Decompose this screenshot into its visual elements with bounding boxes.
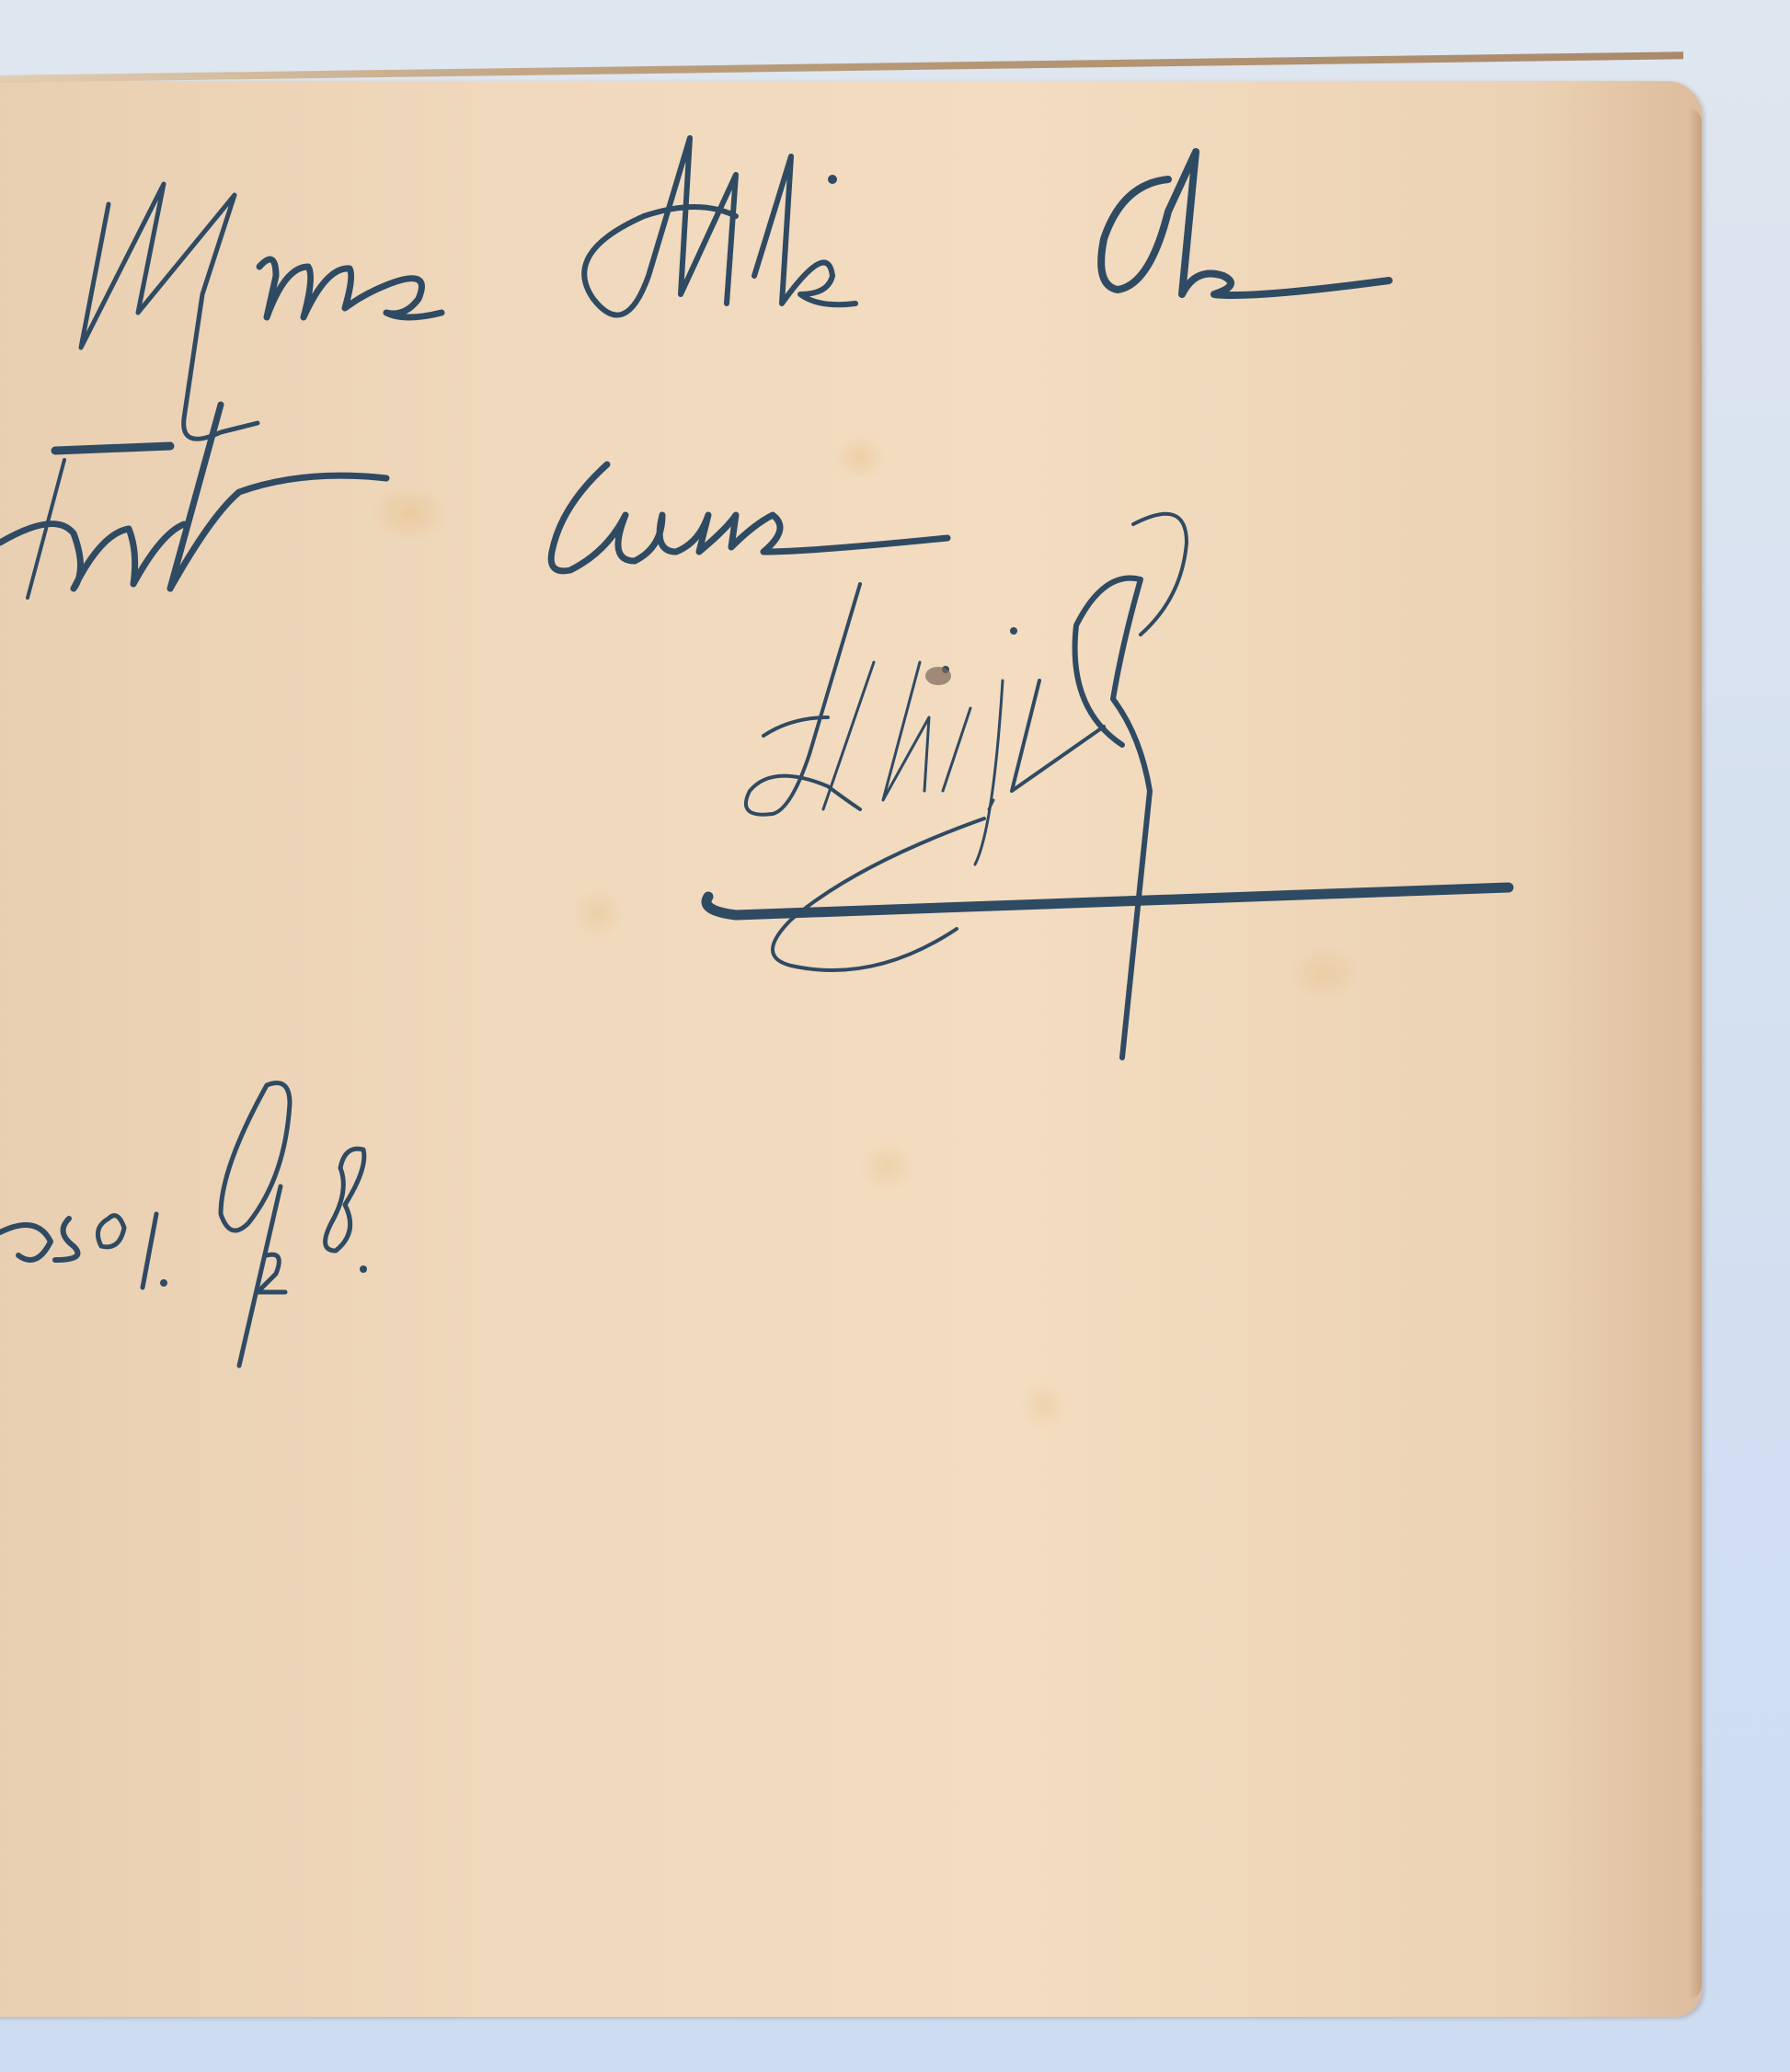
handwriting-ink [0, 0, 1790, 2072]
word-coeur [551, 464, 947, 571]
signature-flourish [706, 514, 1509, 1058]
word-tout [0, 405, 386, 598]
word-salle [584, 138, 855, 315]
word-de [1101, 152, 1389, 295]
word-mme [81, 184, 442, 439]
date-ink [0, 1083, 367, 1367]
